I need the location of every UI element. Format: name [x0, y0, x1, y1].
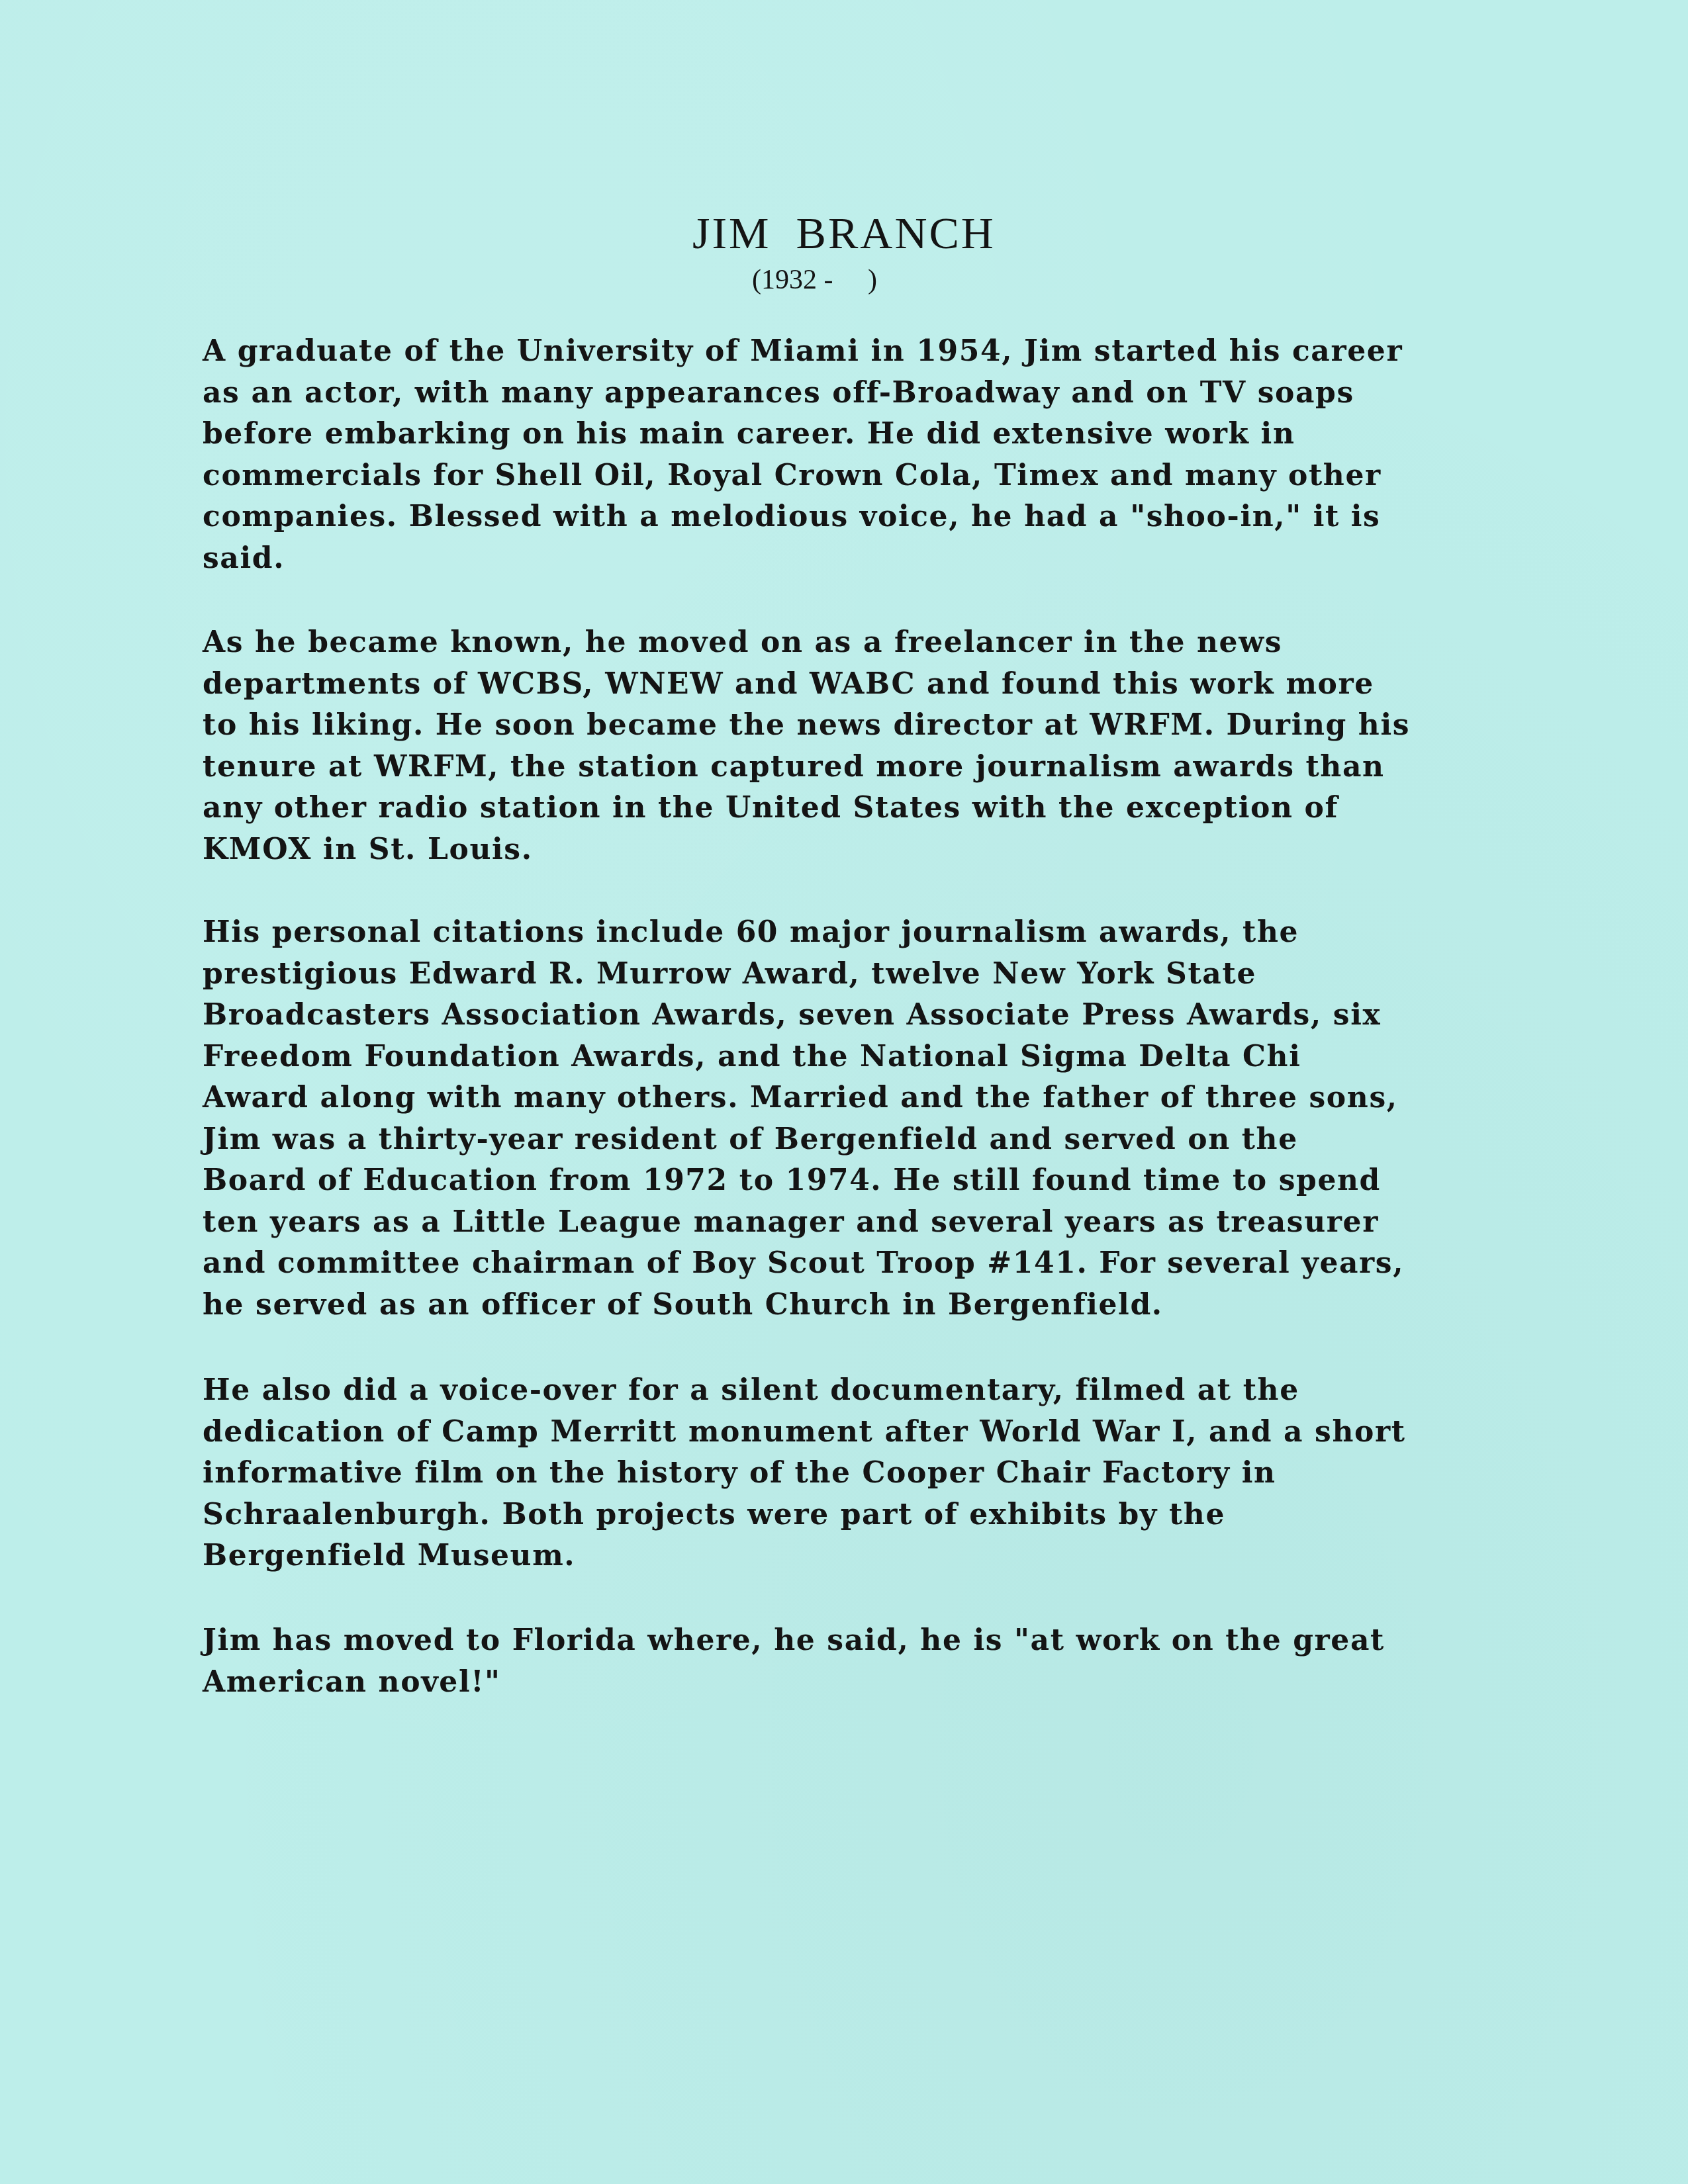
paragraph-text: Jim has moved to Florida where, he said,…: [203, 1620, 1526, 1703]
paragraph-career-start: A graduate of the University of Miami in…: [203, 331, 1526, 579]
paragraph-documentaries: He also did a voice-over for a silent do…: [203, 1370, 1526, 1577]
paragraph-awards-community: His personal citations include 60 major …: [203, 912, 1526, 1326]
paragraph-news-career: As he became known, he moved on as a fre…: [203, 622, 1526, 870]
document-title: JIM BRANCH: [0, 210, 1688, 255]
document-page: JIM BRANCH (1932 - ) A graduate of the U…: [0, 0, 1688, 2184]
paragraph-text: He also did a voice-over for a silent do…: [203, 1370, 1526, 1577]
paragraph-text: A graduate of the University of Miami in…: [203, 331, 1526, 579]
paragraph-text: His personal citations include 60 major …: [203, 912, 1526, 1326]
paragraph-text: As he became known, he moved on as a fre…: [203, 622, 1526, 870]
paragraph-florida: Jim has moved to Florida where, he said,…: [203, 1620, 1526, 1703]
life-dates: (1932 - ): [752, 266, 877, 294]
